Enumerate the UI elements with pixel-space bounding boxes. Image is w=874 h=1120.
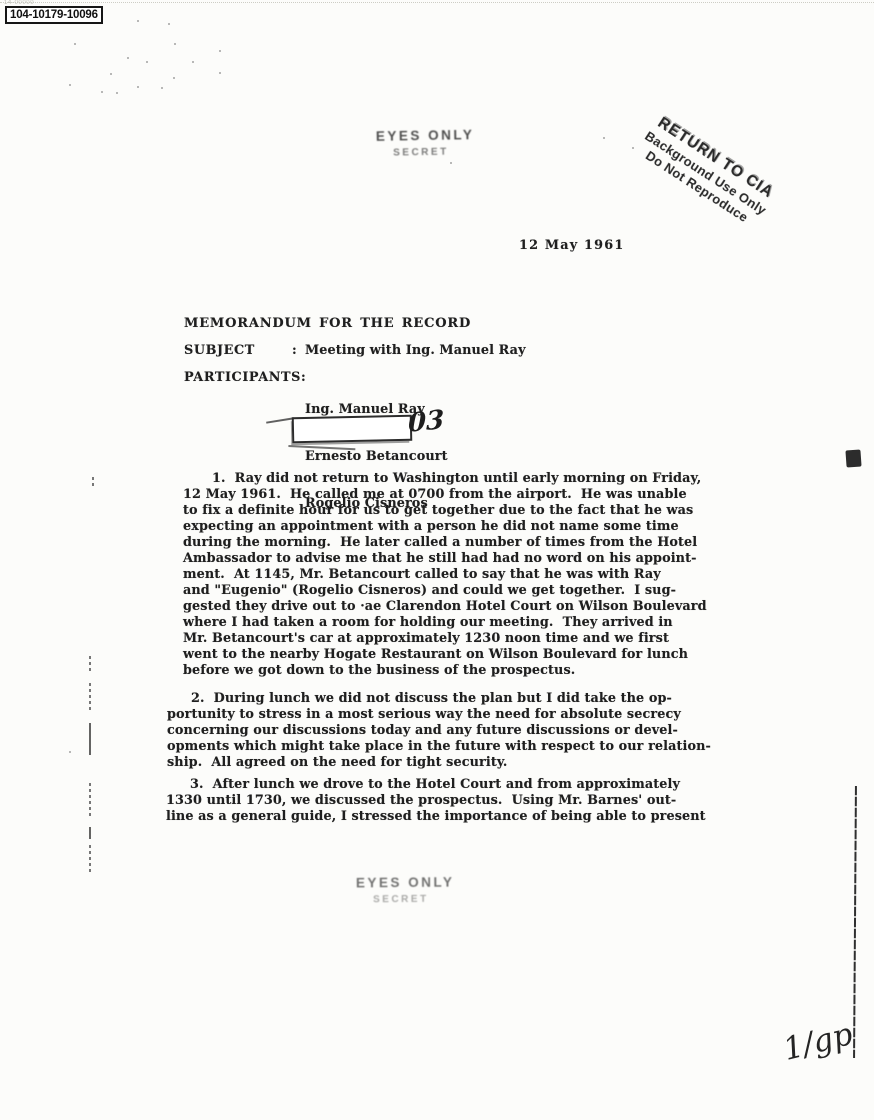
body-line: ship. All agreed on the need for tight s… [167, 755, 711, 771]
margin-artifact [89, 827, 91, 839]
body-line: 1330 until 1730, we discussed the prospe… [166, 793, 706, 809]
scan-speck [219, 72, 221, 74]
scan-speck [110, 73, 112, 75]
body-line: where I had taken a room for holding our… [183, 615, 707, 631]
scan-speck [137, 86, 139, 88]
ink-blot-artifact [845, 449, 861, 467]
margin-artifact [89, 845, 91, 875]
handwritten-annotation: 03 [408, 405, 444, 439]
scan-speck [603, 137, 605, 139]
scan-speck [632, 147, 634, 149]
body-line: 12 May 1961. He called me at 0700 from t… [183, 487, 707, 503]
scan-speck [116, 92, 118, 94]
redaction-box [292, 415, 413, 444]
scan-speck [137, 20, 139, 22]
scan-speck [161, 87, 163, 89]
scan-speck [450, 162, 452, 164]
body-line: before we got down to the business of th… [183, 663, 707, 679]
scan-speck [192, 61, 194, 63]
background-use-only-line: Background Use Only [629, 120, 781, 226]
body-line: ment. At 1145, Mr. Betancourt called to … [183, 567, 707, 583]
body-line: Ambassador to advise me that he still ha… [183, 551, 707, 567]
body-line: during the morning. He later called a nu… [183, 535, 707, 551]
scan-speck [174, 43, 176, 45]
body-line: gested they drive out to ·ae Clarendon H… [183, 599, 707, 615]
scan-speck [69, 751, 71, 753]
body-line: and "Eugenio" (Rogelio Cisneros) and cou… [183, 583, 707, 599]
body-line: opments which might take place in the fu… [167, 739, 711, 755]
scan-speck [74, 43, 76, 45]
scanned-memo-page: 14-00000 104-10179-10096 EYES ONLY SECRE… [0, 0, 874, 1120]
secret-text: SECRET [393, 146, 475, 158]
body-line: expecting an appointment with a person h… [183, 519, 707, 535]
body-line: concerning our discussions today and any… [167, 723, 711, 739]
subject-value: Meeting with Ing. Manuel Ray [305, 343, 526, 358]
handwritten-initials: 1/gp [780, 1016, 856, 1068]
scan-speck [101, 91, 103, 93]
eyes-only-stamp-top: EYES ONLY SECRET [376, 127, 475, 159]
body-line: 3. After lunch we drove to the Hotel Cou… [166, 777, 706, 793]
body-line: 2. During lunch we did not discuss the p… [167, 691, 711, 707]
eyes-only-text: EYES ONLY [376, 127, 475, 144]
scan-speck [168, 23, 170, 25]
record-id-stamp: 104-10179-10096 [5, 6, 103, 24]
paragraph-2: 2. During lunch we did not discuss the p… [167, 691, 711, 771]
body-line: Mr. Betancourt's car at approximately 12… [183, 631, 707, 647]
scan-speck [127, 57, 129, 59]
body-line: went to the nearby Hogate Restaurant on … [183, 647, 707, 663]
body-line: portunity to stress in a most serious wa… [167, 707, 711, 723]
scan-speck [219, 50, 221, 52]
scan-line-artifact [853, 786, 857, 1058]
memo-date: 12 May 1961 [519, 238, 624, 253]
eyes-only-text: EYES ONLY [356, 875, 455, 891]
margin-artifact [89, 683, 91, 711]
scan-top-edge-line [0, 2, 874, 3]
subject-label: SUBJECT [184, 343, 255, 358]
margin-artifact [89, 656, 91, 674]
participants-label: PARTICIPANTS: [184, 370, 306, 385]
participant-name: Ernesto Betancourt [305, 449, 448, 465]
body-line: 1. Ray did not return to Washington unti… [183, 471, 707, 487]
body-line: to fix a definite hour for us to get tog… [183, 503, 707, 519]
margin-artifact [89, 783, 91, 819]
scan-speck [69, 84, 71, 86]
eyes-only-stamp-bottom: EYES ONLY SECRET [356, 875, 455, 906]
margin-artifact [89, 723, 91, 755]
subject-colon: : [292, 343, 297, 358]
memo-heading: MEMORANDUM FOR THE RECORD [184, 316, 471, 331]
secret-text: SECRET [373, 894, 455, 906]
return-to-cia-stamp: RETURN TO CIA Background Use Only Do Not… [621, 104, 792, 240]
body-line: line as a general guide, I stressed the … [166, 809, 706, 825]
scan-speck [146, 61, 148, 63]
margin-artifact [92, 477, 94, 487]
scan-speck [173, 77, 175, 79]
paragraph-3: 3. After lunch we drove to the Hotel Cou… [166, 777, 706, 825]
paragraph-1: 1. Ray did not return to Washington unti… [183, 471, 707, 679]
